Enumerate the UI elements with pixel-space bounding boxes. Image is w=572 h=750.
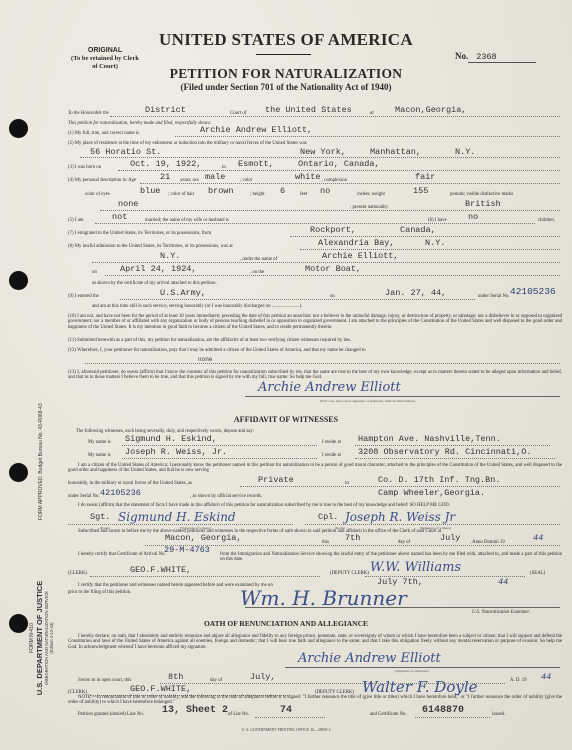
witness1-name: Sigmund H. Eskind, xyxy=(125,434,217,444)
witness2-reside-label: I reside at xyxy=(322,453,341,459)
color-value: white xyxy=(295,172,321,182)
witness2-name-label: My name is xyxy=(88,453,111,459)
petition-number-value: 2368 xyxy=(468,52,536,63)
sworn-year: 44 xyxy=(541,672,551,682)
nobility-note: NOTE.—In renunciation of title or order … xyxy=(68,695,562,706)
issued-label: issued. xyxy=(492,712,505,718)
q10-text: (10) I am not, and have not been for the… xyxy=(68,314,562,330)
q8-line-2 xyxy=(92,262,560,263)
name-change-value: none xyxy=(198,356,212,363)
residence-county: Manhattan, xyxy=(370,147,421,157)
subscribed-year: 44 xyxy=(533,533,543,543)
hair-value: brown xyxy=(208,186,234,196)
seal-label: (SEAL) xyxy=(530,571,545,577)
binder-hole-2 xyxy=(9,271,28,290)
height-feet: 6 xyxy=(280,186,285,196)
witness1-address: Hampton Ave. Nashville,Tenn. xyxy=(358,434,501,444)
clerk-label: (CLERK) xyxy=(68,571,87,577)
affidavit-heading: AFFIDAVIT OF WITNESSES xyxy=(0,415,572,424)
signature-line xyxy=(245,396,560,397)
serial-value: 42105236 xyxy=(510,286,556,297)
q3-label: (3) I was born on xyxy=(68,165,101,171)
act-line: (Filed under Section 701 of the National… xyxy=(0,82,572,92)
age-value: 21 xyxy=(160,172,170,182)
list-label: of List No. xyxy=(228,712,249,718)
admission-state-2: N.Y. xyxy=(160,251,180,261)
feet-label: feet xyxy=(300,192,307,198)
subscribed-text: Subscribed and sworn to before me by the… xyxy=(68,529,562,534)
married-value: not xyxy=(112,212,127,222)
witness1-name-label: My name is xyxy=(88,440,111,446)
q2-label: (2) My place of residence at the time of… xyxy=(68,141,307,147)
serial-label: under Serial No. xyxy=(478,294,510,300)
citizen-text: I am a citizen of the United States of A… xyxy=(68,463,562,474)
certificate-line xyxy=(415,717,490,718)
sex-value: male xyxy=(205,172,225,182)
complexion-value: fair xyxy=(415,172,435,182)
affidavit-serial-label: under Serial No. xyxy=(68,494,100,500)
witness1-signature-line xyxy=(68,524,293,525)
nationality-value: British xyxy=(465,199,501,209)
entered-date: Jan. 27, 44, xyxy=(385,288,446,298)
inches-label: inches; weight xyxy=(357,192,385,198)
q8-line-3 xyxy=(105,275,560,276)
height-inches: no xyxy=(320,186,330,196)
ad-label: A. D. 19 xyxy=(510,678,527,684)
serving-line xyxy=(240,486,560,487)
serving-label: honorably, in the military or naval forc… xyxy=(68,481,192,487)
height-label: ; height xyxy=(250,192,265,198)
printer-imprint: U. S. GOVERNMENT PRINTING OFFICE 16—2885… xyxy=(0,728,572,732)
sworn-day: 8th xyxy=(168,672,183,682)
binder-hole-1 xyxy=(9,119,28,138)
edition: (Edition 4-12-43) xyxy=(49,558,55,718)
court-location: Macon,Georgia, xyxy=(395,105,466,115)
witness2-address-line xyxy=(355,458,555,459)
children-value: no xyxy=(468,212,478,222)
form-number-margin: FORM N-410 U.S. DEPARTMENT OF JUSTICE IM… xyxy=(30,558,55,718)
oath-petitioner-signature: Archie Andrew Elliott xyxy=(298,651,441,666)
marks-label: pounds; visible distinctive marks xyxy=(450,192,562,198)
q12-text: (12) Wherefore, I, your petitioner for n… xyxy=(68,348,562,353)
witness2-signature: Joseph R. Weiss Jr xyxy=(345,510,455,524)
admission-place: Alexandria Bay, xyxy=(318,238,395,248)
oath-clerk-value: GEO.F.WHITE, xyxy=(130,684,191,694)
weight-value: 155 xyxy=(413,186,428,196)
court-intro: This petition for naturalization, hereby… xyxy=(68,121,211,127)
oath-sig-caption: (Signature of petitioner) xyxy=(395,669,429,673)
q1-label: (1) My full, true, and correct name is xyxy=(68,131,139,137)
witness1-rank: Sgt. xyxy=(90,512,110,522)
q2-line xyxy=(80,157,560,158)
document-subtitle: PETITION FOR NATURALIZATION xyxy=(0,66,572,82)
prior-label: prior to the filing of this petition. xyxy=(68,590,131,595)
q11-text: (11) Submitted herewith as a part of thi… xyxy=(68,338,562,343)
q9-line xyxy=(120,299,475,300)
q3-line xyxy=(118,170,560,171)
admission-date: April 24, 1924, xyxy=(120,264,197,274)
q4-line xyxy=(140,183,560,184)
binder-hole-3 xyxy=(9,463,28,482)
line-number: 13, Sheet 2 xyxy=(162,705,228,716)
subscribed-place: Macon, Georgia, xyxy=(165,533,242,543)
q4-label: (4) My personal description is: Age xyxy=(68,178,136,184)
court-type: District xyxy=(145,105,186,115)
residence-state: N.Y. xyxy=(455,147,475,157)
petitioner-signature: Archie Andrew Elliott xyxy=(258,380,401,395)
court-name: the United States xyxy=(265,105,352,115)
oath-signature-line xyxy=(285,667,560,668)
deputy-clerk-signature: W.W. Williams xyxy=(370,560,461,575)
certificate-line: as shown by the certificate of my arriva… xyxy=(92,281,217,287)
witness1-name-line xyxy=(122,445,317,446)
eyes-label: color of eyes xyxy=(85,192,110,198)
deputy-clerk-label: (DEPUTY CLERK) xyxy=(330,571,369,577)
witness2-signature-line xyxy=(305,524,560,525)
emigrated-from-city: Rockport, xyxy=(310,225,356,235)
q7-label: (7) I emigrated to the United States, it… xyxy=(68,231,211,237)
residence-street: 56 Horatio St. xyxy=(90,147,161,157)
court-line xyxy=(110,116,560,117)
birth-province: Ontario, Canada, xyxy=(298,159,380,169)
petition-number: No.2368 xyxy=(455,51,536,63)
residence-city: New York, xyxy=(300,147,346,157)
certify-text: I hereby certify that Certificate of Arr… xyxy=(78,552,166,558)
admission-name: Archie Elliott, xyxy=(322,251,399,261)
granted-label: Petition granted (denied) Line No. xyxy=(78,712,144,718)
witness2-name-line xyxy=(122,458,317,459)
q7-line xyxy=(290,236,560,237)
sworn-month: July, xyxy=(250,672,276,682)
q5-label: (5) I am xyxy=(68,218,83,224)
naturalization-petition-document: ORIGINAL (To be retained by Clerk of Cou… xyxy=(0,0,572,750)
subscribed-day: 7th xyxy=(345,533,360,543)
children-label: children. xyxy=(538,218,555,224)
marks-value: none xyxy=(118,199,138,209)
camp-value: Camp Wheeler,Georgia. xyxy=(378,488,485,498)
q8-line xyxy=(300,249,560,250)
witness2-name: Joseph R. Weiss, Jr. xyxy=(125,447,227,457)
witness1-address-line xyxy=(355,445,550,446)
oath-heading: OATH OF RENUNCIATION AND ALLEGIANCE xyxy=(0,619,572,628)
witness1-reside-label: I reside at xyxy=(322,440,341,446)
form-approved-margin: FORM APPROVED. Budget Bureau No. 43-R068… xyxy=(38,400,44,520)
records-label: , as shown by official service records. xyxy=(190,494,262,500)
birth-city: Esmott, xyxy=(238,159,274,169)
oath-text: I hereby declare, on oath, that I absolu… xyxy=(68,634,562,650)
affidavit-serial: 42105236 xyxy=(100,488,141,498)
vessel-value: Motor Boat, xyxy=(305,264,361,274)
petitioner-name: Archie Andrew Elliott, xyxy=(200,125,312,135)
department-name: U.S. DEPARTMENT OF JUSTICE xyxy=(36,558,44,718)
oath-deputy-clerk-signature: Walter F. Doyle xyxy=(362,678,478,696)
petition-number-label: No. xyxy=(455,51,468,61)
signature-caption: (Full, true, and correct signature of pe… xyxy=(320,399,415,403)
form-approved-text: FORM APPROVED. Budget Bureau No. 43-R068… xyxy=(38,403,44,520)
unit-value: Co. D. 17th Inf. Tng.Bn. xyxy=(378,475,500,485)
subscribed-month: July xyxy=(440,533,460,543)
witness2-address: 3208 Observatory Rd. Cincinnati,O. xyxy=(358,447,531,457)
hair-label: ; color of hair xyxy=(168,192,194,198)
clerk-line xyxy=(90,576,320,577)
service-value: U.S.Army, xyxy=(160,288,206,298)
admission-state: N.Y. xyxy=(425,238,445,248)
witness1-signature: Sigmund H. Eskind xyxy=(118,510,236,524)
examiner-caption: U.S. Naturalization Examiner. xyxy=(472,610,530,616)
on-label: on xyxy=(92,270,97,276)
emigrated-from-country: Canada, xyxy=(400,225,436,235)
certificate-number: 6148870 xyxy=(422,705,464,716)
sworn-label: Sworn to in open court, this xyxy=(78,678,131,684)
clerk-value: GEO.F.WHITE, xyxy=(130,565,191,575)
arrival-certificate-number: 29-M-4763 xyxy=(164,545,210,555)
swear-text: I do swear (affirm) that the statement o… xyxy=(68,503,562,508)
eyes-value: blue xyxy=(140,186,160,196)
examiner-line xyxy=(245,607,560,608)
title-rule xyxy=(256,54,311,55)
document-title: UNITED STATES OF AMERICA xyxy=(0,30,572,50)
examined-year: 44 xyxy=(498,577,508,587)
list-line xyxy=(255,717,325,718)
list-number: 74 xyxy=(280,705,292,716)
certificate-label: and Certificate No. xyxy=(370,712,407,718)
q1-line xyxy=(175,136,560,137)
service-line: and am at this time still in such servic… xyxy=(92,304,302,310)
marks-line xyxy=(100,210,560,211)
court-prefix: To the Honorable the xyxy=(68,111,109,117)
q5-line xyxy=(95,223,535,224)
witness2-rank: Cpl. xyxy=(318,512,338,522)
rank-value: Private xyxy=(258,475,294,485)
q12-line xyxy=(85,363,560,364)
birth-date: Oct. 19, 1922, xyxy=(130,159,201,169)
q9-label: (9) I entered the xyxy=(68,294,99,300)
q8-label: (8) My lawful admission to the United St… xyxy=(68,244,233,250)
